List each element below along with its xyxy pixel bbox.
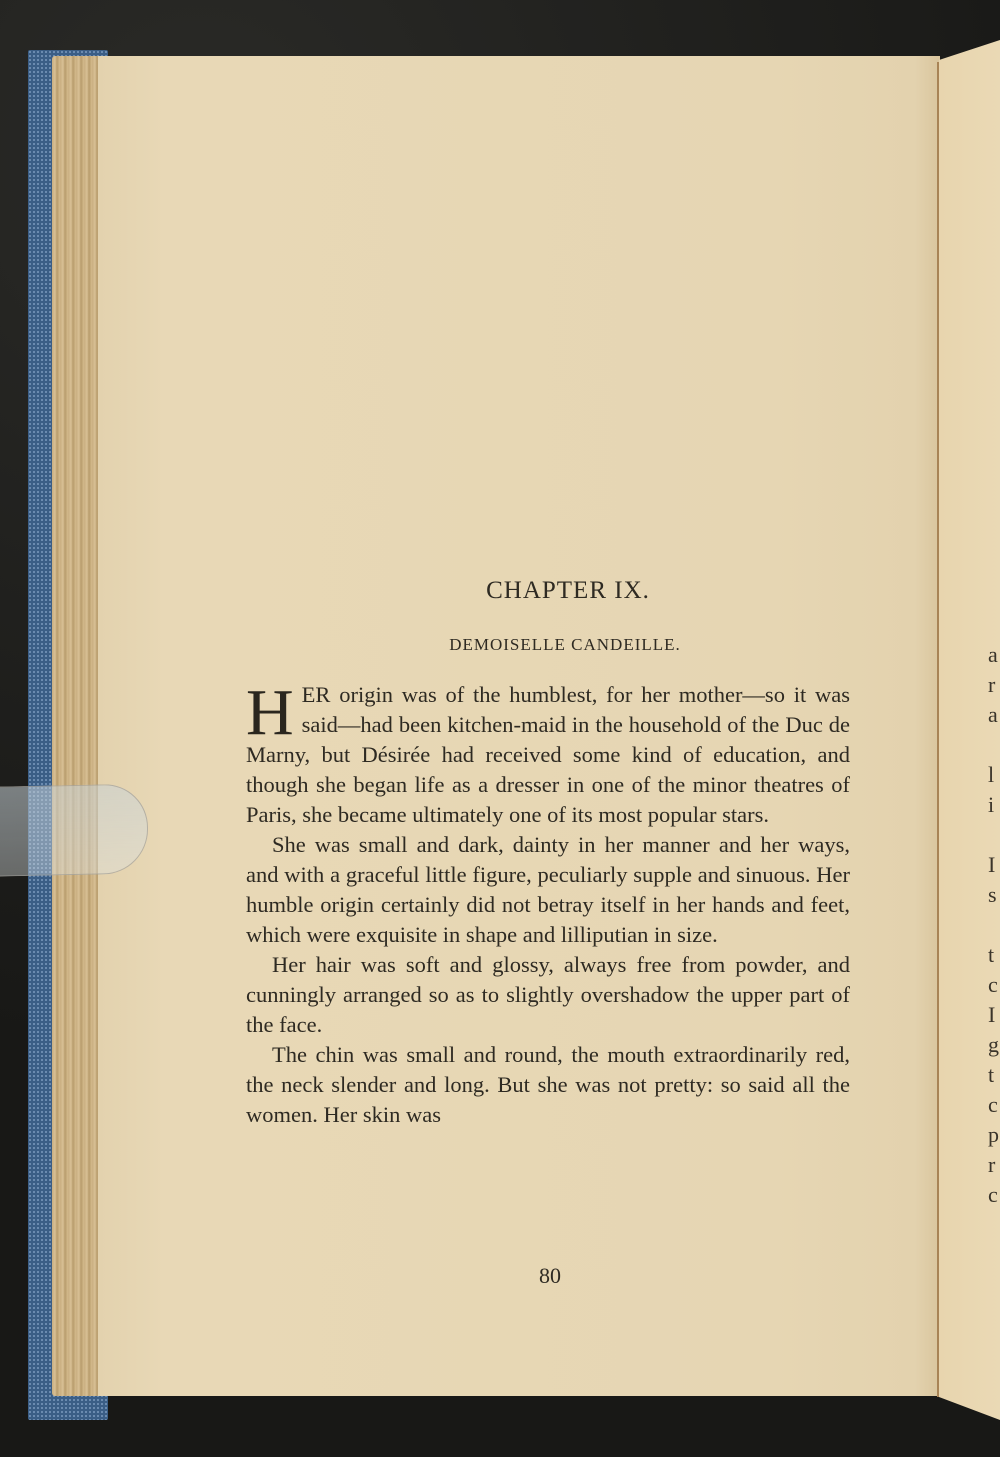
drop-cap: H xyxy=(246,686,294,740)
chapter-subtitle: DEMOISELLE CANDEILLE. xyxy=(280,632,850,658)
book-gutter xyxy=(937,62,939,1397)
paragraph-2: She was small and dark, dainty in her ma… xyxy=(246,830,850,950)
paragraph-4: The chin was small and round, the mouth … xyxy=(246,1040,850,1130)
chapter-body: HER origin was of the humblest, for her … xyxy=(246,680,850,1130)
right-page-text-fragments: a r a l i I s t c I g t c p r c xyxy=(988,640,1000,1210)
page-content: CHAPTER IX. DEMOISELLE CANDEILLE. HER or… xyxy=(246,570,850,1130)
paragraph-1-text: ER origin was of the humblest, for her m… xyxy=(246,682,850,827)
page-edges xyxy=(52,56,102,1396)
bookmark-clip xyxy=(0,783,148,876)
page-number: 80 xyxy=(500,1263,600,1289)
paragraph-1: HER origin was of the humblest, for her … xyxy=(246,680,850,830)
chapter-heading: CHAPTER IX. xyxy=(286,570,850,612)
paragraph-3: Her hair was soft and glossy, always fre… xyxy=(246,950,850,1040)
